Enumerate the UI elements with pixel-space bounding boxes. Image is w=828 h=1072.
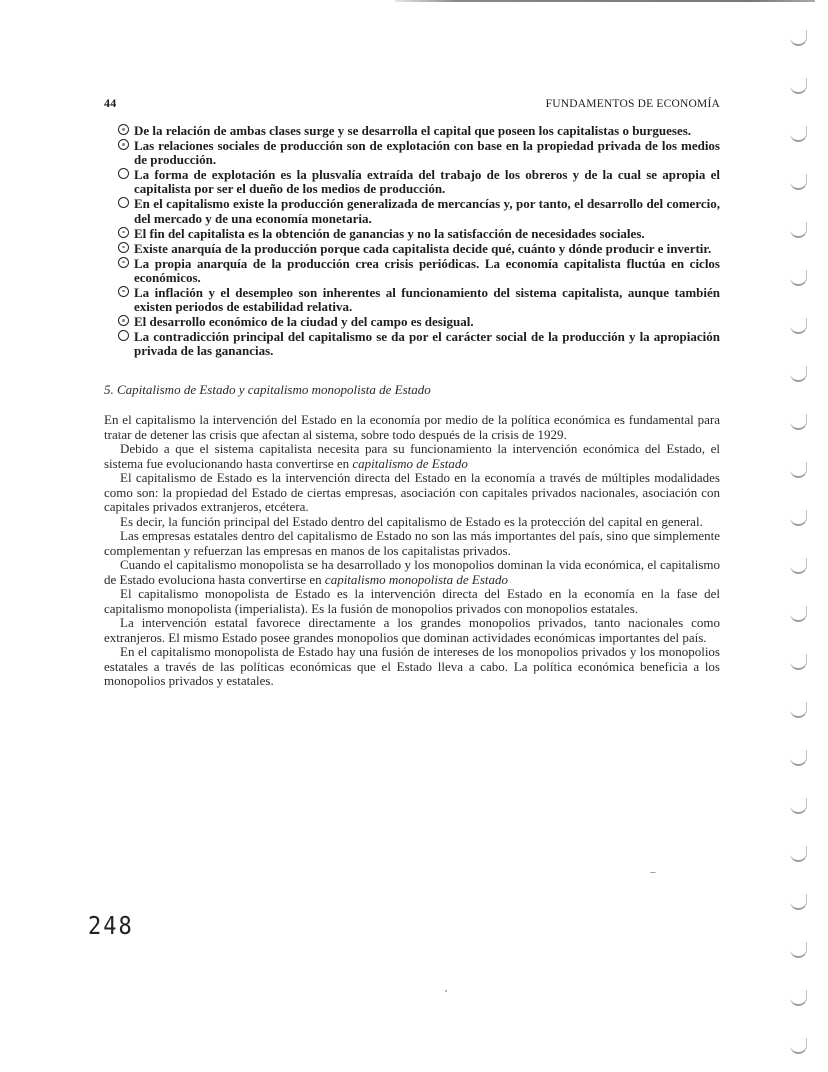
scan-speck (445, 990, 447, 992)
binder-ring-icon (790, 654, 807, 670)
section-body: En el capitalismo la intervención del Es… (104, 413, 720, 689)
circle-bullet-icon (118, 227, 129, 238)
binder-ring-icon (790, 270, 807, 286)
binder-ring-icon (790, 414, 807, 430)
binder-ring-icon (790, 558, 807, 574)
paragraph: Debido a que el sistema capitalista nece… (104, 442, 720, 471)
running-title: FUNDAMENTOS DE ECONOMÍA (546, 98, 720, 110)
binder-ring-icon (790, 846, 807, 862)
binder-ring-icon (790, 894, 807, 910)
binder-ring-icon (790, 510, 807, 526)
paragraph: En el capitalismo monopolista de Estado … (104, 645, 720, 689)
section-heading: 5. Capitalismo de Estado y capitalismo m… (104, 382, 720, 398)
list-item: El desarrollo económico de la ciudad y d… (118, 315, 720, 329)
list-item: La propia anarquía de la producción crea… (118, 257, 720, 285)
list-item: Existe anarquía de la producción porque … (118, 242, 720, 256)
emphasis-term: capitalismo de Estado (352, 456, 468, 471)
characteristics-list: De la relación de ambas clases surge y s… (104, 124, 720, 358)
list-item: El fin del capitalista es la obtención d… (118, 227, 720, 241)
circle-bullet-icon (118, 124, 129, 135)
paragraph: Cuando el capitalismo monopolista se ha … (104, 558, 720, 587)
handwritten-page-note: 248 (88, 912, 134, 941)
list-item: Las relaciones sociales de producción so… (118, 139, 720, 167)
binder-ring-icon (790, 1038, 807, 1054)
emphasis-term: capitalismo monopolista de Estado (325, 572, 508, 587)
paragraph: Las empresas estatales dentro del capita… (104, 529, 720, 558)
binder-ring-icon (790, 318, 807, 334)
binder-ring-icon (790, 222, 807, 238)
binder-ring-icon (790, 30, 807, 46)
binder-ring-icon (790, 78, 807, 94)
scan-speck (118, 432, 120, 434)
binder-ring-icon (790, 750, 807, 766)
list-item: La inflación y el desempleo son inherent… (118, 286, 720, 314)
circle-bullet-icon (118, 286, 129, 297)
binder-ring-icon (790, 366, 807, 382)
binder-ring-icon (790, 990, 807, 1006)
paragraph: Es decir, la función principal del Estad… (104, 515, 720, 530)
page-content: 44 FUNDAMENTOS DE ECONOMÍA De la relació… (104, 96, 720, 689)
binder-ring-icon (790, 798, 807, 814)
paragraph: La intervención estatal favorece directa… (104, 616, 720, 645)
circle-bullet-icon (118, 139, 129, 150)
scan-speck (650, 872, 656, 873)
circle-bullet-icon (118, 242, 129, 253)
paragraph: El capitalismo de Estado es la intervenc… (104, 471, 720, 515)
binder-rings (784, 0, 814, 1072)
binder-ring-icon (790, 462, 807, 478)
running-header: 44 FUNDAMENTOS DE ECONOMÍA (104, 96, 720, 111)
list-item: De la relación de ambas clases surge y s… (118, 124, 720, 138)
binder-ring-icon (790, 174, 807, 190)
circle-bullet-icon (118, 197, 129, 208)
page-number: 44 (104, 96, 116, 111)
list-item: La forma de explotación es la plusvalía … (118, 168, 720, 196)
paragraph: El capitalismo monopolista de Estado es … (104, 587, 720, 616)
list-item: La contradicción principal del capitalis… (118, 330, 720, 358)
paragraph: En el capitalismo la intervención del Es… (104, 413, 720, 442)
circle-bullet-icon (118, 315, 129, 326)
circle-bullet-icon (118, 168, 129, 179)
circle-bullet-icon (118, 330, 129, 341)
top-edge-rule (395, 0, 815, 2)
binder-ring-icon (790, 702, 807, 718)
binder-ring-icon (790, 942, 807, 958)
binder-ring-icon (790, 126, 807, 142)
list-item: En el capitalismo existe la producción g… (118, 197, 720, 225)
binder-ring-icon (790, 606, 807, 622)
circle-bullet-icon (118, 257, 129, 268)
